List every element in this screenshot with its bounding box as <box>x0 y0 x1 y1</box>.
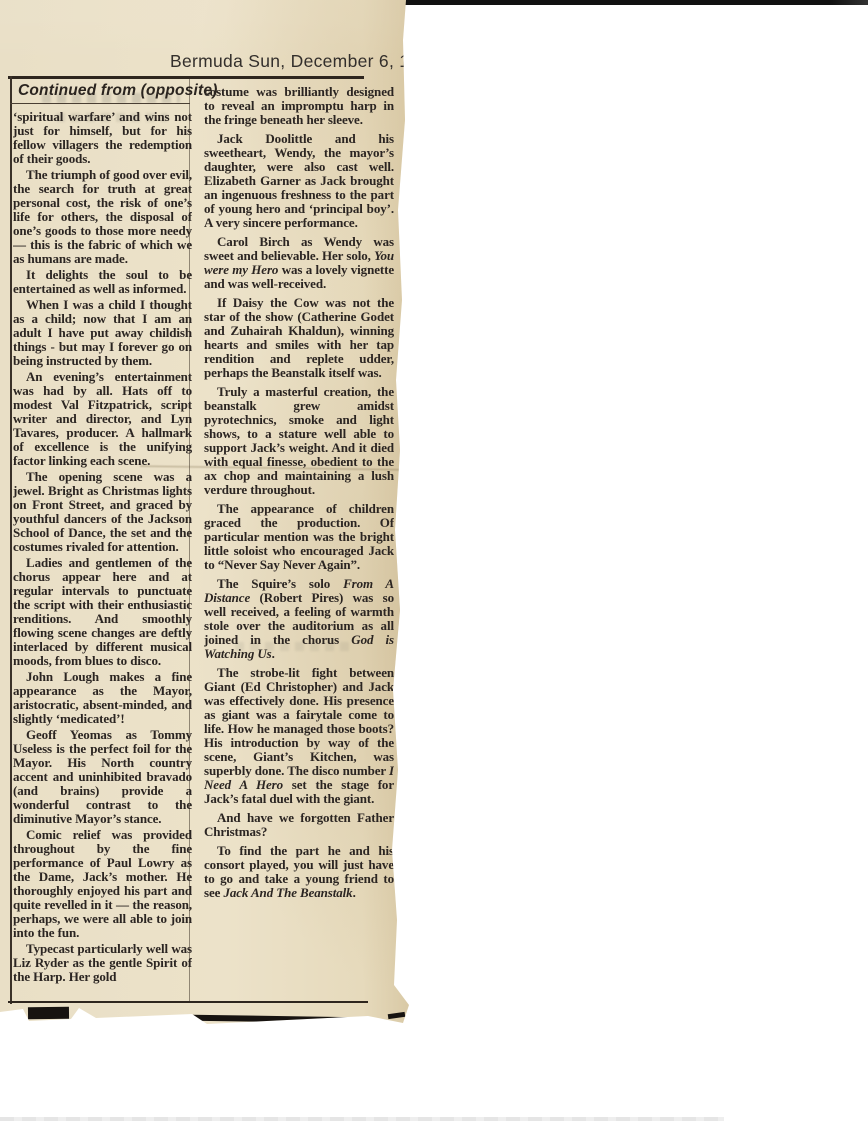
scan-edge-bar <box>404 0 868 5</box>
article-paragraph: The Squire’s solo From A Distance (Rober… <box>204 577 394 661</box>
scan-artifact-strip <box>192 1015 358 1024</box>
scan-noise-strip <box>0 1117 724 1121</box>
article-paragraph: It delights the soul to be entertained a… <box>13 268 192 296</box>
scan-artifact-tip <box>388 1012 406 1019</box>
article-paragraph: Typecast particularly well was Liz Ryder… <box>13 942 192 984</box>
article-paragraph: ‘spiritual warfare’ and wins not just fo… <box>13 110 192 166</box>
article-paragraph: The triumph of good over evil, the searc… <box>13 168 192 266</box>
article-paragraph: If Daisy the Cow was not the star of the… <box>204 296 394 380</box>
continued-underline-rule <box>10 103 190 104</box>
article-paragraph: The strobe-lit fight between Giant (Ed C… <box>204 666 394 806</box>
article-paragraph: To find the part he and his consort play… <box>204 844 394 900</box>
scan-artifact-block <box>28 1007 69 1019</box>
article-paragraph: John Lough makes a fine appearance as th… <box>13 670 192 726</box>
article-left-border-rule <box>10 76 12 1004</box>
article-top-rule <box>8 76 364 79</box>
article-paragraph: Carol Birch as Wendy was sweet and belie… <box>204 235 394 291</box>
scanned-page: Bermuda Sun, December 6, 1991 Continued … <box>0 0 868 1123</box>
article-paragraph: Truly a masterful creation, the beanstal… <box>204 385 394 497</box>
newspaper-masthead: Bermuda Sun, December 6, 1991 <box>170 51 390 72</box>
article-column-left: ‘spiritual warfare’ and wins not just fo… <box>13 110 192 998</box>
article-bottom-rule <box>8 1001 368 1003</box>
article-paragraph: The appearance of children graced the pr… <box>204 502 394 572</box>
article-paragraph: Ladies and gentlemen of the chorus appea… <box>13 556 192 668</box>
article-paragraph: And have we forgotten Father Christmas? <box>204 811 394 839</box>
article-paragraph: The opening scene was a jewel. Bright as… <box>13 470 192 554</box>
continued-from-label: Continued from (opposite) <box>18 82 218 100</box>
article-paragraph: Jack Doolittle and his sweetheart, Wendy… <box>204 132 394 230</box>
article-paragraph: costume was brilliantly designed to reve… <box>204 85 394 127</box>
article-paragraph: Comic relief was provided throughout by … <box>13 828 192 940</box>
article-paragraph: Geoff Yeomas as Tommy Useless is the per… <box>13 728 192 826</box>
newspaper-clipping: Bermuda Sun, December 6, 1991 Continued … <box>0 0 412 1028</box>
article-paragraph: When I was a child I thought as a child;… <box>13 298 192 368</box>
article-column-right: costume was brilliantly designed to reve… <box>204 85 394 999</box>
article-paragraph: An evening’s entertainment was had by al… <box>13 370 192 468</box>
